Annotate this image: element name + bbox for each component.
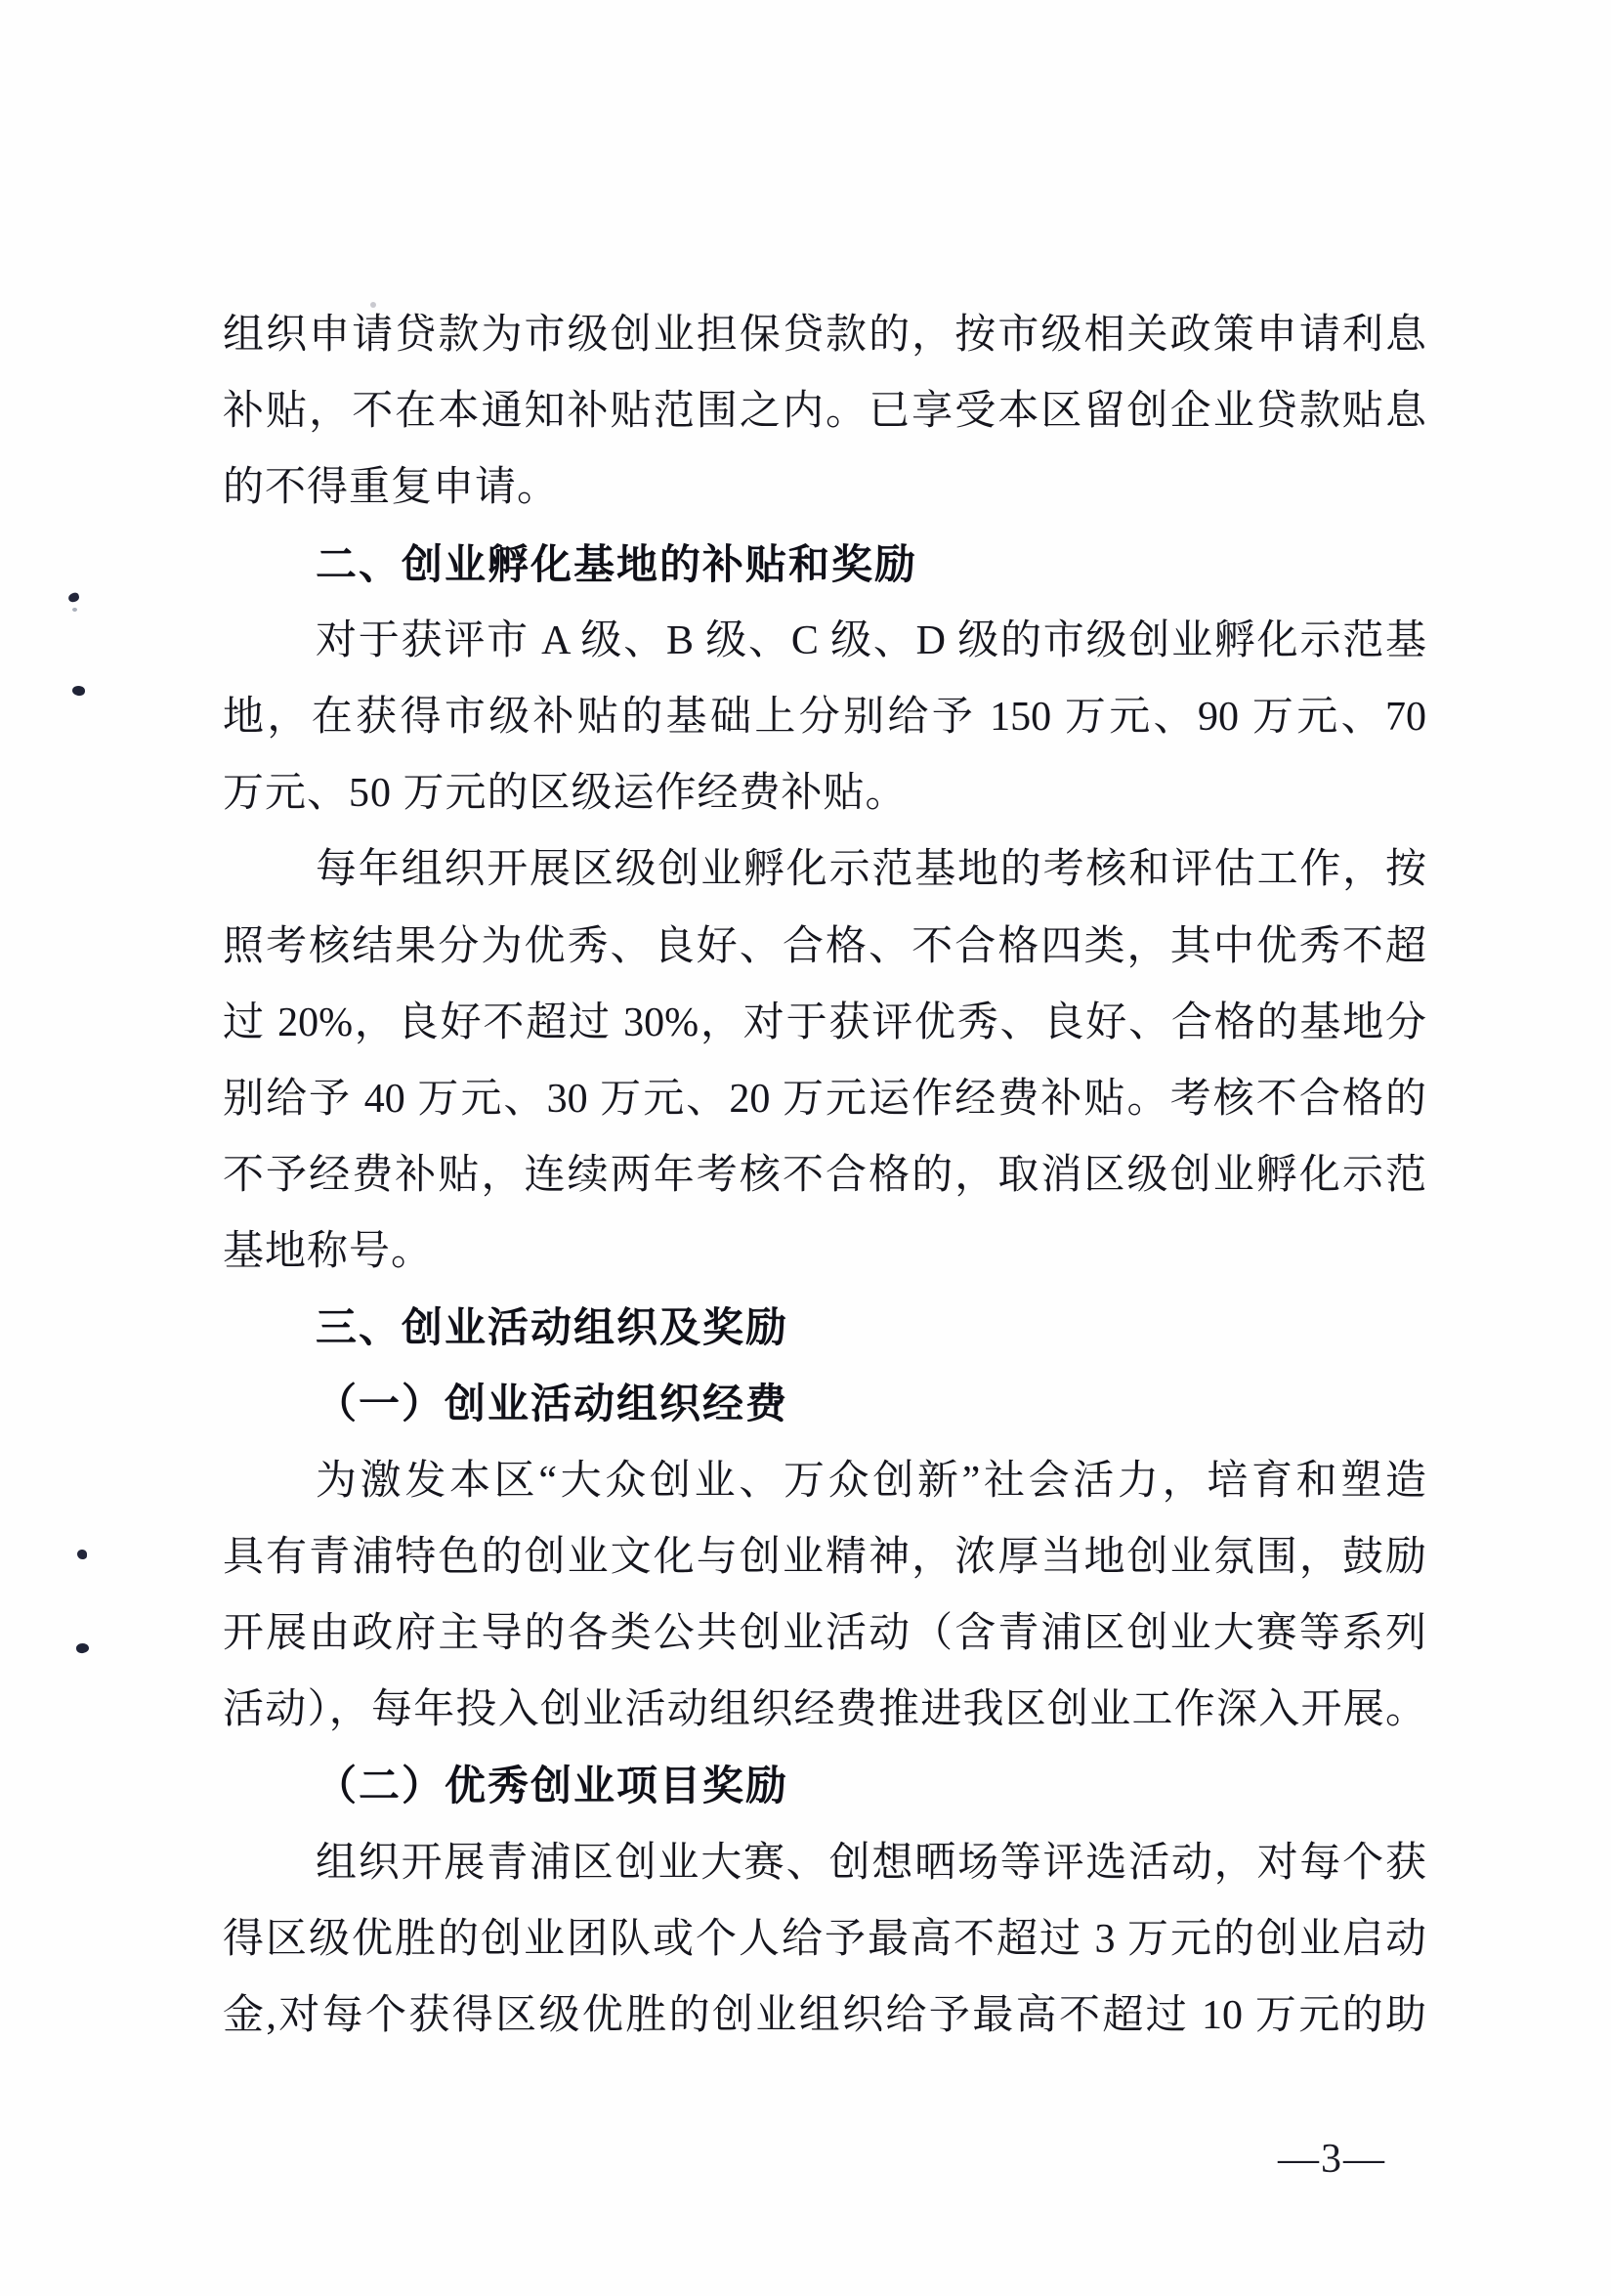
heading-subsection-2: （二）优秀创业项目奖励: [223, 1749, 1426, 1825]
paragraph-line: 开展由政府主导的各类公共创业活动（含青浦区创业大赛等系列: [223, 1595, 1426, 1672]
heading-subsection-1: （一）创业活动组织经费: [223, 1367, 1426, 1443]
paragraph-line: 万元、50 万元的区级运作经费补贴。: [223, 755, 1426, 831]
paragraph-line: 每年组织开展区级创业孵化示范基地的考核和评估工作，按: [223, 831, 1426, 908]
paragraph-line: 地，在获得市级补贴的基础上分别给予 150 万元、90 万元、70: [223, 679, 1426, 755]
paragraph-line: 过 20%，良好不超过 30%，对于获评优秀、良好、合格的基地分: [223, 985, 1426, 1061]
paragraph-line: 组织开展青浦区创业大赛、创想晒场等评选活动，对每个获: [223, 1825, 1426, 1901]
paragraph-line: 不予经费补贴，连续两年考核不合格的，取消区级创业孵化示范: [223, 1137, 1426, 1213]
document-page: 组织申请贷款为市级创业担保贷款的，按市级相关政策申请利息 补贴，不在本通知补贴范…: [0, 0, 1611, 2296]
paragraph-line: 别给予 40 万元、30 万元、20 万元运作经费补贴。考核不合格的: [223, 1061, 1426, 1137]
paragraph-line: 具有青浦特色的创业文化与创业精神，浓厚当地创业氛围，鼓励: [223, 1519, 1426, 1595]
document-body: 组织申请贷款为市级创业担保贷款的，按市级相关政策申请利息 补贴，不在本通知补贴范…: [223, 297, 1426, 2054]
ink-speck: [77, 1550, 87, 1559]
heading-section-2: 二、创业孵化基地的补贴和奖励: [223, 527, 1426, 603]
faint-speck: [370, 302, 376, 308]
paragraph-line: 对于获评市 A 级、B 级、C 级、D 级的市级创业孵化示范基: [223, 603, 1426, 679]
ink-speck: [67, 592, 80, 604]
ink-speck: [71, 685, 86, 697]
paragraph-line: 金,对每个获得区级优胜的创业组织给予最高不超过 10 万元的助: [223, 1977, 1426, 2054]
heading-section-3: 三、创业活动组织及奖励: [223, 1290, 1426, 1366]
paragraph-line: 为激发本区“大众创业、万众创新”社会活力，培育和塑造: [223, 1443, 1426, 1519]
paragraph-line: 得区级优胜的创业团队或个人给予最高不超过 3 万元的创业启动: [223, 1901, 1426, 1977]
paragraph-line: 照考核结果分为优秀、良好、合格、不合格四类，其中优秀不超: [223, 909, 1426, 985]
paragraph-line: 活动），每年投入创业活动组织经费推进我区创业工作深入开展。: [223, 1672, 1426, 1748]
paragraph-line: 基地称号。: [223, 1213, 1426, 1290]
paragraph-line: 组织申请贷款为市级创业担保贷款的，按市级相关政策申请利息: [223, 297, 1426, 373]
page-number: —3—: [1278, 2136, 1386, 2183]
paragraph-line: 补贴，不在本通知补贴范围之内。已享受本区留创企业贷款贴息: [223, 373, 1426, 449]
ink-speck: [72, 608, 77, 612]
paragraph-line: 的不得重复申请。: [223, 449, 1426, 526]
ink-speck: [75, 1642, 89, 1654]
